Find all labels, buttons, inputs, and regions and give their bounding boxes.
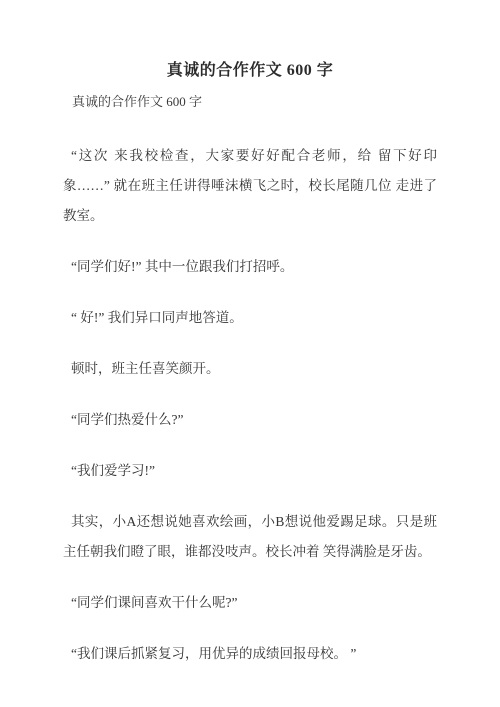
document-subtitle: 真诚的合作作文 600 字 — [63, 91, 437, 112]
document-title: 真诚的合作作文 600 字 — [0, 0, 500, 81]
essay-paragraph: “同学们热爱什么?” — [63, 405, 437, 435]
essay-paragraph: “我们爱学习!” — [63, 456, 437, 486]
essay-body: “这次 来我校检查，大家要好好配合老师，给 留下好印象……” 就在班主任讲得唾沫… — [0, 141, 500, 669]
essay-paragraph: “我们课后抓紧复习，用优异的成绩回报母校。 ” — [63, 639, 437, 669]
essay-paragraph: “同学们课间喜欢干什么呢?” — [63, 588, 437, 618]
essay-paragraph: “同学们好!” 其中一位跟我们打招呼。 — [63, 252, 437, 282]
essay-paragraph: “这次 来我校检查，大家要好好配合老师，给 留下好印象……” 就在班主任讲得唾沫… — [63, 141, 437, 231]
essay-paragraph: 顿时，班主任喜笑颜开。 — [63, 354, 437, 384]
document-page: 真诚的合作作文 600 字 真诚的合作作文 600 字 “这次 来我校检查，大家… — [0, 0, 500, 707]
essay-paragraph: “ 好!” 我们异口同声地答道。 — [63, 303, 437, 333]
essay-paragraph: 其实，小A还想说她喜欢绘画，小B想说他爱踢足球。只是班主任朝我们瞪了眼，谁都没吱… — [63, 507, 437, 567]
